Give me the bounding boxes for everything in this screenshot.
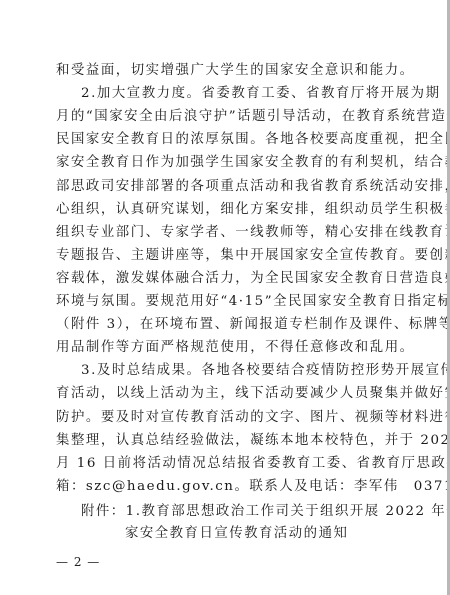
- text-line: 民国家安全教育日的浓厚氛围。各地各校要高度重视，把全民国: [56, 132, 396, 148]
- text-line: 组织专业部门、专家学者、一线教师等，精心安排在线教育课程、: [56, 225, 396, 241]
- text-line: 2.加大宣教力度。省委教育工委、省教育厅将开展为期 1 个: [81, 86, 396, 102]
- text-line: 环境与氛围。要规范用好“4·15”全民国家安全教育日指定标识: [56, 294, 396, 310]
- text-line: （附件 3），在环境布置、新闻报道专栏制作及课件、标牌等宣传: [56, 317, 396, 333]
- text-line: 家安全教育日作为加强学生国家安全教育的有利契机，结合教育: [56, 155, 396, 171]
- text-line: 3.及时总结成果。各地各校要结合疫情防控形势开展宣传教: [81, 363, 396, 379]
- text-line: 月的“国家安全由后浪守护”话题引导活动，在教育系统营造全: [56, 109, 396, 125]
- text-line: 育活动，以线上活动为主，线下活动要减少人员聚集并做好安全: [56, 386, 396, 402]
- text-line: 集整理，认真总结经验做法，凝练本地本校特色，并于 2022 年 4: [56, 433, 396, 449]
- page-number: — 2 —: [56, 554, 100, 570]
- text-line: 心组织，认真研究谋划，细化方案安排，组织动员学生积极参与，: [56, 202, 396, 218]
- text-line: 容载体，激发媒体融合活力，为全民国家安全教育日营造良好的: [56, 271, 396, 287]
- text-line: 防护。要及时对宣传教育活动的文字、图片、视频等材料进行收: [56, 410, 396, 426]
- text-line: 部思政司安排部署的各项重点活动和我省教育系统活动安排，精: [56, 179, 396, 195]
- text-line: 箱：szc@haedu.gov.cn。联系人及电话：李军伟 0371-69691…: [56, 479, 396, 495]
- text-line: 专题报告、主题讲座等，集中开展国家安全宣传教育。要创新内: [56, 248, 396, 264]
- text-line: 用品制作等方面严格规范使用，不得任意修改和乱用。: [56, 340, 396, 356]
- text-line: 月 16 日前将活动情况总结报省委教育工委、省教育厅思政处邮: [56, 456, 396, 472]
- text-line: 和受益面，切实增强广大学生的国家安全意识和能力。: [56, 63, 396, 79]
- document-page: 和受益面，切实增强广大学生的国家安全意识和能力。2.加大宣教力度。省委教育工委、…: [0, 0, 447, 595]
- attachment-line-1: 附件：1.教育部思想政治工作司关于组织开展 2022 年全民国: [81, 504, 450, 520]
- attachment-line-2: 家安全教育日宣传教育活动的通知: [125, 526, 348, 542]
